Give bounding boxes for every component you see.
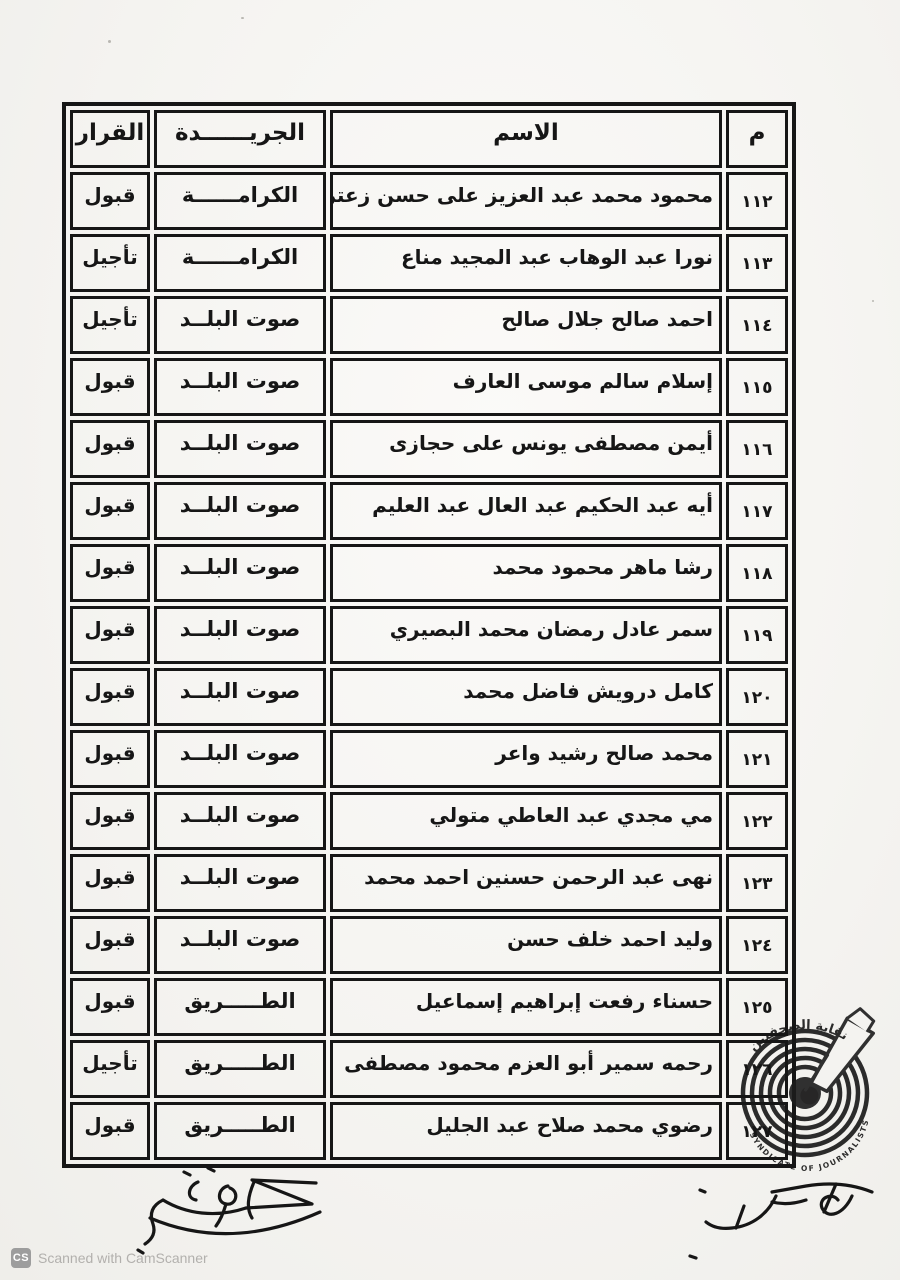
table-body: ١١٢ محمود محمد عبد العزيز على حسن زعتر ا… (70, 172, 788, 1160)
cell-decision: قبول (70, 482, 150, 540)
cell-decision: قبول (70, 916, 150, 974)
cell-name: نورا عبد الوهاب عبد المجيد مناع (330, 234, 722, 292)
cell-number: ١١٧ (726, 482, 788, 540)
table-row: ١١٣ نورا عبد الوهاب عبد المجيد مناع الكر… (70, 234, 788, 292)
table-row: ١١٧ أيه عبد الحكيم عبد العال عبد العليم … (70, 482, 788, 540)
cell-name: إسلام سالم موسى العارف (330, 358, 722, 416)
cell-decision: قبول (70, 1102, 150, 1160)
camscanner-logo: CS (11, 1248, 31, 1268)
table-header: م الاسم الجريــــــدة القرار (70, 110, 788, 168)
header-newspaper: الجريــــــدة (154, 110, 326, 168)
cell-newspaper: صوت البلــد (154, 544, 326, 602)
cell-name: وليد احمد خلف حسن (330, 916, 722, 974)
scan-speck (108, 40, 111, 43)
cell-decision: تأجيل (70, 234, 150, 292)
table-row: ١١٢ محمود محمد عبد العزيز على حسن زعتر ا… (70, 172, 788, 230)
cell-newspaper: صوت البلــد (154, 482, 326, 540)
cell-name: كامل درويش فاضل محمد (330, 668, 722, 726)
cell-number: ١١٢ (726, 172, 788, 230)
cell-newspaper: صوت البلــد (154, 420, 326, 478)
cell-decision: قبول (70, 730, 150, 788)
cell-name: رشا ماهر محمود محمد (330, 544, 722, 602)
signature-right (690, 1184, 872, 1258)
cell-decision: قبول (70, 358, 150, 416)
camscanner-label: Scanned with CamScanner (38, 1250, 208, 1266)
cell-newspaper: صوت البلــد (154, 358, 326, 416)
signature-left (138, 1168, 320, 1253)
cell-number: ١١٨ (726, 544, 788, 602)
cell-number: ١٢٤ (726, 916, 788, 974)
cell-number: ١٢٢ (726, 792, 788, 850)
header-name: الاسم (330, 110, 722, 168)
cell-name: سمر عادل رمضان محمد البصيري (330, 606, 722, 664)
table-row: ١١٤ احمد صالح جلال صالح صوت البلــد تأجي… (70, 296, 788, 354)
cell-newspaper: الطـــــريق (154, 1102, 326, 1160)
cell-newspaper: صوت البلــد (154, 606, 326, 664)
cell-newspaper: صوت البلــد (154, 730, 326, 788)
cell-name: نهى عبد الرحمن حسنين احمد محمد (330, 854, 722, 912)
cell-number: ١١٣ (726, 234, 788, 292)
cell-decision: قبول (70, 854, 150, 912)
cell-number: ١٢٠ (726, 668, 788, 726)
table-row: ١١٥ إسلام سالم موسى العارف صوت البلــد ق… (70, 358, 788, 416)
table-row: ١١٩ سمر عادل رمضان محمد البصيري صوت البل… (70, 606, 788, 664)
cell-number: ١٢٣ (726, 854, 788, 912)
header-row: م الاسم الجريــــــدة القرار (70, 110, 788, 168)
table-row: ١٢٧ رضوي محمد صلاح عبد الجليل الطـــــري… (70, 1102, 788, 1160)
cell-name: رحمه سمير أبو العزم محمود مصطفى (330, 1040, 722, 1098)
cell-newspaper: صوت البلــد (154, 296, 326, 354)
cell-newspaper: صوت البلــد (154, 668, 326, 726)
table-row: ١٢٣ نهى عبد الرحمن حسنين احمد محمد صوت ا… (70, 854, 788, 912)
cell-newspaper: الطـــــريق (154, 1040, 326, 1098)
table-row: ١٢٠ كامل درويش فاضل محمد صوت البلــد قبو… (70, 668, 788, 726)
cell-decision: تأجيل (70, 1040, 150, 1098)
cell-decision: قبول (70, 544, 150, 602)
cell-newspaper: الكرامــــــة (154, 172, 326, 230)
table-row: ١٢٦ رحمه سمير أبو العزم محمود مصطفى الطـ… (70, 1040, 788, 1098)
cell-number: ١٢٧ (726, 1102, 788, 1160)
cell-decision: قبول (70, 172, 150, 230)
cell-name: احمد صالح جلال صالح (330, 296, 722, 354)
cell-name: محمود محمد عبد العزيز على حسن زعتر (330, 172, 722, 230)
cell-decision: قبول (70, 606, 150, 664)
table-row: ١٢١ محمد صالح رشيد واعر صوت البلــد قبول (70, 730, 788, 788)
cell-number: ١٢٦ (726, 1040, 788, 1098)
cell-number: ١١٤ (726, 296, 788, 354)
decisions-table: م الاسم الجريــــــدة القرار ١١٢ محمود م… (62, 102, 796, 1168)
table-row: ١١٦ أيمن مصطفى يونس على حجازى صوت البلــ… (70, 420, 788, 478)
cell-name: محمد صالح رشيد واعر (330, 730, 722, 788)
cell-newspaper: صوت البلــد (154, 916, 326, 974)
cell-name: أيمن مصطفى يونس على حجازى (330, 420, 722, 478)
scan-speck (241, 17, 244, 19)
cell-decision: قبول (70, 420, 150, 478)
header-decision: القرار (70, 110, 150, 168)
table-row: ١١٨ رشا ماهر محمود محمد صوت البلــد قبول (70, 544, 788, 602)
scan-speck (872, 300, 874, 302)
cell-decision: قبول (70, 668, 150, 726)
cell-newspaper: صوت البلــد (154, 792, 326, 850)
table-row: ١٢٢ مي مجدي عبد العاطي متولي صوت البلــد… (70, 792, 788, 850)
cell-newspaper: صوت البلــد (154, 854, 326, 912)
scanned-document-page: م الاسم الجريــــــدة القرار ١١٢ محمود م… (0, 0, 900, 1280)
cell-number: ١٢٥ (726, 978, 788, 1036)
cell-number: ١١٦ (726, 420, 788, 478)
cell-decision: قبول (70, 792, 150, 850)
cell-name: أيه عبد الحكيم عبد العال عبد العليم (330, 482, 722, 540)
cell-number: ١١٩ (726, 606, 788, 664)
table-row: ١٢٤ وليد احمد خلف حسن صوت البلــد قبول (70, 916, 788, 974)
cell-number: ١١٥ (726, 358, 788, 416)
header-number: م (726, 110, 788, 168)
hand-pen-icon (797, 1007, 882, 1094)
cell-newspaper: الكرامــــــة (154, 234, 326, 292)
cell-decision: قبول (70, 978, 150, 1036)
cell-name: حسناء رفعت إبراهيم إسماعيل (330, 978, 722, 1036)
cell-decision: تأجيل (70, 296, 150, 354)
camscanner-watermark: CS Scanned with CamScanner (11, 1248, 208, 1268)
cell-name: مي مجدي عبد العاطي متولي (330, 792, 722, 850)
cell-number: ١٢١ (726, 730, 788, 788)
cell-name: رضوي محمد صلاح عبد الجليل (330, 1102, 722, 1160)
table-row: ١٢٥ حسناء رفعت إبراهيم إسماعيل الطـــــر… (70, 978, 788, 1036)
cell-newspaper: الطـــــريق (154, 978, 326, 1036)
